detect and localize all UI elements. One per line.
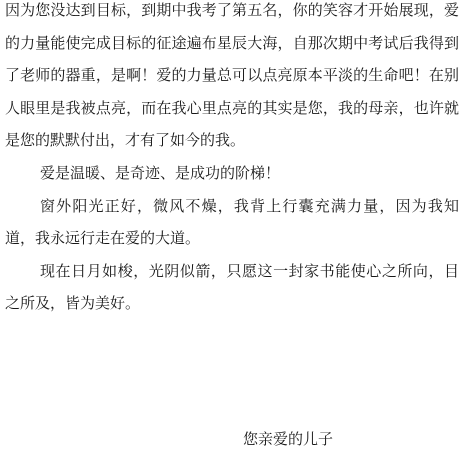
letter-paragraph-1: 因为您没达到目标，到期中我考了第五名，你的笑容才开始展现，爱的力量能使完成目标的… [5,0,459,158]
letter-paragraph-4: 现在日月如梭，光阴似箭，只愿这一封家书能使心之所向，目之所及，皆为美好。 [5,256,459,321]
letter-paragraph-3: 窗外阳光正好，微风不燥，我背上行囊充满力量，因为我知道，我永远行走在爱的大道。 [5,191,459,256]
letter-paragraph-2: 爱是温暖、是奇迹、是成功的阶梯！ [5,158,459,191]
letter-signature: 您亲爱的儿子 [243,424,459,456]
letter-body: 因为您没达到目标，到期中我考了第五名，你的笑容才开始展现，爱的力量能使完成目标的… [0,0,463,456]
letter-page: 因为您没达到目标，到期中我考了第五名，你的笑容才开始展现，爱的力量能使完成目标的… [0,0,463,451]
